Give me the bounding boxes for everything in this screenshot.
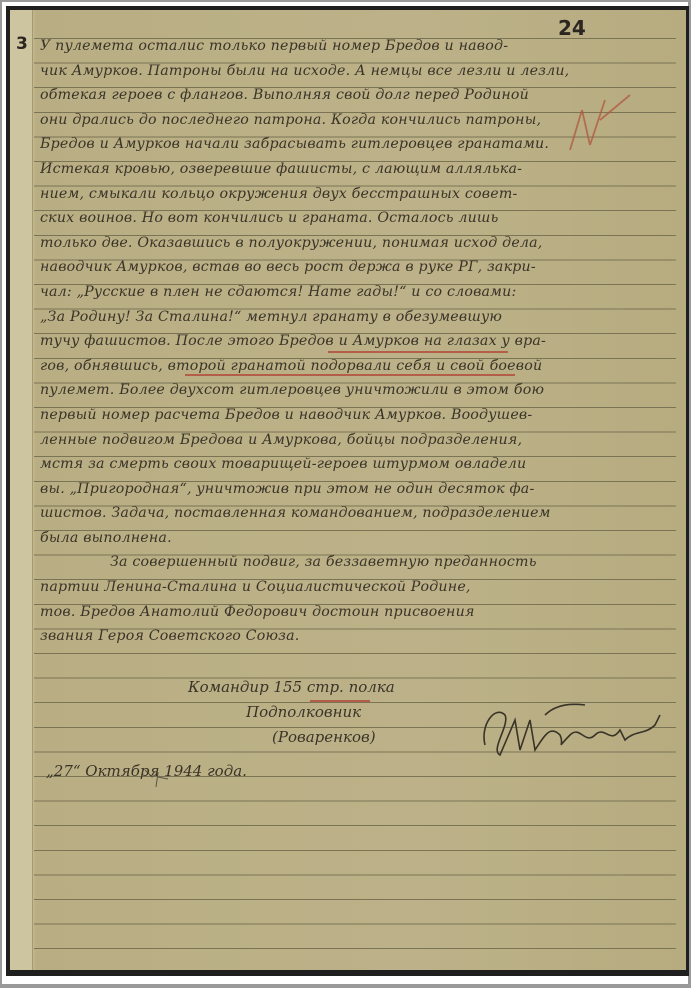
text-line: ских воинов. Но вот кончились и граната.… [40,206,680,231]
text-line: „За Родину! За Сталина!“ метнул гранату … [40,305,680,330]
text-line: Бредов и Амурков начали забрасывать гитл… [40,132,680,157]
text-line: наводчик Амурков, встав во весь рост дер… [40,255,680,280]
document-date: „27“ Октября 1944 года. [46,762,247,780]
text-line: ленные подвигом Бредова и Амуркова, бойц… [40,428,680,453]
conclusion-line: звания Героя Советского Союза. [40,624,680,649]
text-line: нием, смыкали кольцо окружения двух бесс… [40,182,680,207]
text-line: была выполнена. [40,526,680,551]
text-line: только две. Оказавшись в полуокружении, … [40,231,680,256]
conclusion-line: За совершенный подвиг, за беззаветную пр… [40,550,680,575]
red-underline [328,351,508,353]
page-frame: 24 3 У пулемета осталис только первый но… [2,2,688,984]
citation-body: У пулемета осталис только первый номер Б… [40,34,680,649]
red-underline [185,374,515,376]
red-underline [310,700,370,702]
signatory-rank: Подполковник [246,703,361,721]
text-line: пулемет. Более двухсот гитлеровцев уничт… [40,378,680,403]
text-line: чал: „Русские в плен не сдаются! Нате га… [40,280,680,305]
text-line: У пулемета осталис только первый номер Б… [40,34,680,59]
text-line: они дрались до последнего патрона. Когда… [40,108,680,133]
conclusion-line: тов. Бредов Анатолий Федорович достоин п… [40,600,680,625]
conclusion-line: партии Ленина-Сталина и Социалистической… [40,575,680,600]
text-line: мстя за смерть своих товарищей-героев шт… [40,452,680,477]
signatory-position: Командир 155 стр. полка [188,678,395,696]
text-line: вы. „Пригородная“, уничтожив при этом не… [40,477,680,502]
paper-sheet: 24 3 У пулемета осталис только первый но… [10,10,686,970]
sheet-mark: 3 [16,34,28,54]
paper-margin-strip [10,10,33,970]
text-line: шистов. Задача, поставленная командовани… [40,501,680,526]
text-line: Истекая кровью, озверевшие фашисты, с ла… [40,157,680,182]
text-line: чик Амурков. Патроны были на исходе. А н… [40,59,680,84]
text-line: первый номер расчета Бредов и наводчик А… [40,403,680,428]
handwritten-signature-icon [475,695,675,775]
signatory-name: (Роваренков) [272,728,376,746]
scanned-document: 24 3 У пулемета осталис только первый но… [6,6,689,976]
text-line: обтекая героев с флангов. Выполняя свой … [40,83,680,108]
